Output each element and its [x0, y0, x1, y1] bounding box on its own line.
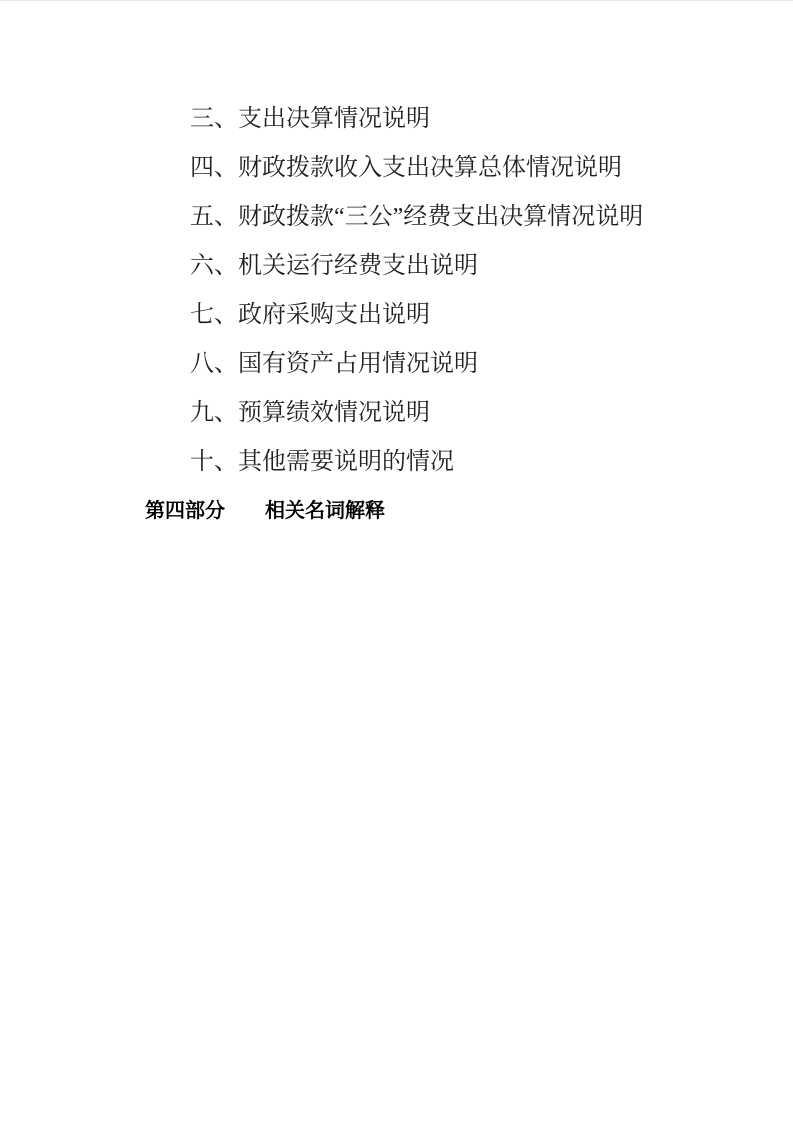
- table-of-contents: 三、支出决算情况说明 四、财政拨款收入支出决算总体情况说明 五、财政拨款“三公”…: [145, 95, 733, 487]
- toc-item: 九、预算绩效情况说明: [190, 389, 733, 438]
- document-page: 三、支出决算情况说明 四、财政拨款收入支出决算总体情况说明 五、财政拨款“三公”…: [0, 0, 793, 1122]
- toc-item: 三、支出决算情况说明: [190, 95, 733, 144]
- toc-item: 八、国有资产占用情况说明: [190, 340, 733, 389]
- toc-item: 四、财政拨款收入支出决算总体情况说明: [190, 144, 733, 193]
- toc-item: 六、机关运行经费支出说明: [190, 242, 733, 291]
- section-heading-part4: 第四部分 相关名词解释: [145, 487, 733, 536]
- toc-item: 七、政府采购支出说明: [190, 291, 733, 340]
- toc-item: 五、财政拨款“三公”经费支出决算情况说明: [190, 193, 733, 242]
- document-content: 三、支出决算情况说明 四、财政拨款收入支出决算总体情况说明 五、财政拨款“三公”…: [145, 95, 733, 536]
- page-top-edge: [0, 0, 793, 1]
- toc-item: 十、其他需要说明的情况: [190, 438, 733, 487]
